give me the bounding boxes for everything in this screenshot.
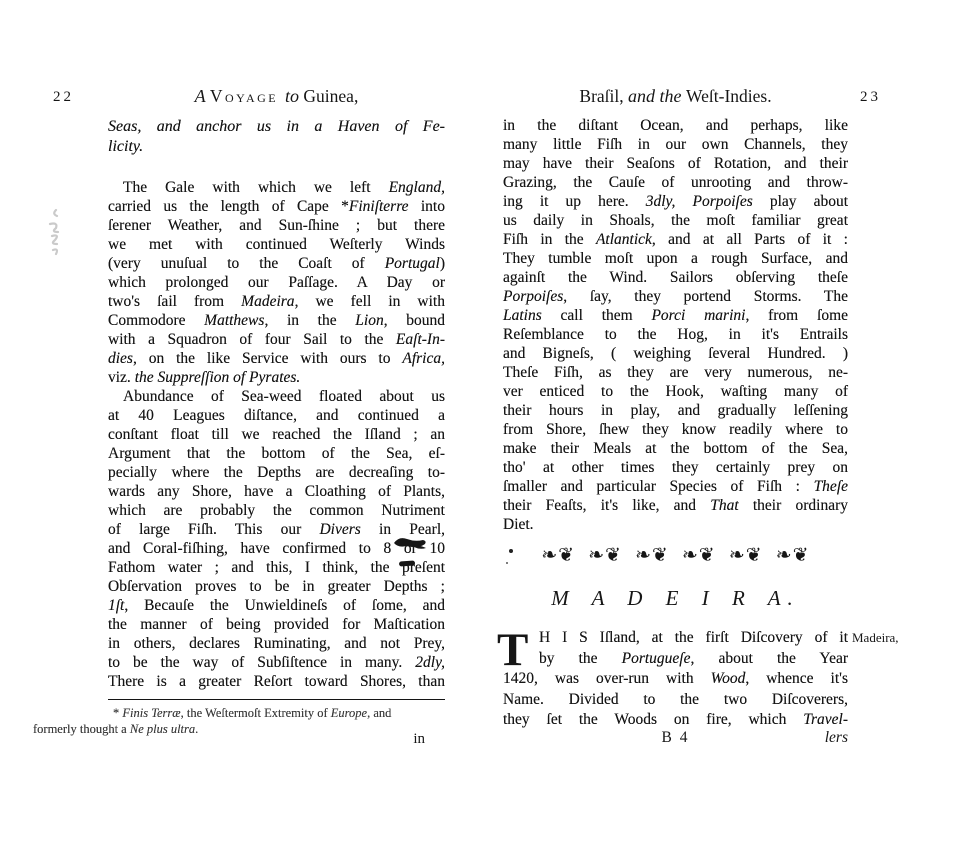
text-run: Finis Terræ [122,706,180,720]
text-line: pecially where the Depths are decreaſing… [108,463,445,482]
text-run: Grazing, the Cauſe of unrooting and thro… [503,174,848,191]
text-line: ing it up here. 3dly, Porpoiſes play abo… [503,192,848,211]
text-run: they ſet the Woods on fire, which [503,711,803,728]
text-run: which prolonged our Paſſage. A Day or [108,274,445,291]
text-run: we met with continued Weſterly Winds [108,236,445,253]
text-line: * Finis Terræ, the Weſtermoſt Extremity … [33,705,445,721]
text-run: There is a greater Reſort toward Shores,… [108,673,445,690]
margin-note-madeira: Madeira, [852,630,899,646]
right-page: 23 Braſil, and the Weſt-Indies. in the d… [503,0,848,850]
text-line: Abundance of Sea-weed floated about us [108,387,445,406]
text-run: Fathom water ; and this, I think, the pr… [108,559,445,576]
text-line: Commodore Matthews, in the Lion, bound [108,311,445,330]
text-run: and Coral-fiſhing, have confirmed to 8 o… [108,540,445,557]
text-line: Theſe Fiſh, as they are very numerous, n… [503,363,848,382]
text-run: Matthews [204,312,264,329]
catchword-right: lers [825,729,848,747]
text-line: at 40 Leagues diſtance, and continued a [108,406,445,425]
text-run: againſt the Wind. Sailors obſerving theſ… [503,269,848,286]
text-run: Porpoiſes [503,288,563,305]
text-line: Fiſh in the Atlantick, and at all Parts … [503,230,848,249]
text-line: tho' at other times they certainly prey … [503,458,848,477]
footnote-rule [108,699,445,700]
text-run: in Pearl, [361,521,445,538]
text-line: make their Meals at the bottom of the Se… [503,439,848,458]
text-run: and the [628,86,686,106]
footnote: * Finis Terræ, the Weſtermoſt Extremity … [33,705,445,737]
text-run: Theſe Fiſh, as they are very numerous, n… [503,364,848,381]
text-run: which are probably the common Nutriment [108,502,445,519]
text-run: Argument that the bottom of the Sea, eſ- [108,445,445,462]
paragraph-seaweed: Abundance of Sea-weed floated about usat… [108,387,445,691]
text-line: us daily in Shoals, the moſt familiar gr… [503,211,848,230]
text-run: , and at all Parts of it : [652,231,848,248]
text-run: Europe [331,706,367,720]
text-line: 1ſt, Becauſe the Unwieldineſs of ſome, a… [108,596,445,615]
text-run: their hours in play, and gradually leſſe… [503,402,848,419]
text-run: pecially where the Depths are decreaſing… [108,464,445,481]
text-run: viz. [108,369,135,386]
margin-smudge [42,208,68,265]
madeira-section-title: M A D E I R A. [503,586,848,611]
text-run: H I S Iſland, at the firſt Diſcovery of … [539,629,848,646]
text-run: Africa, [402,350,445,367]
text-line: ſerener Weather, and Sun-ſhine ; but the… [108,216,445,235]
text-run: their Feaſts, it's like, and [503,497,710,514]
text-run: 3dly, Porpoiſes [646,193,753,210]
text-line: many little Fiſh in our own Channels, th… [503,135,848,154]
text-run: make their Meals at the bottom of the Se… [503,440,848,457]
text-run: call them [542,307,652,324]
text-run: Madeira [241,293,294,310]
text-line: in others, declares Ruminating, and not … [108,634,445,653]
text-run: , we fell in with [295,293,445,310]
text-run: Name. Divided to the two Diſcoverers, [503,691,848,708]
text-line: the manner of being provided for Maſtica… [108,615,445,634]
text-run: , in the [264,312,355,329]
text-line: Porpoiſes, ſay, they portend Storms. The [503,287,848,306]
text-run: may have their Seaſons of Rotation, and … [503,155,848,172]
text-run: Theſe [814,478,848,495]
text-run: They tumble moſt upon a rough Surface, a… [503,250,848,267]
text-run: Lion [355,312,383,329]
text-run: ing it up here. [503,193,646,210]
text-run: us daily in Shoals, the moſt familiar gr… [503,212,848,229]
text-line: Grazing, the Cauſe of unrooting and thro… [503,173,848,192]
text-line: they ſet the Woods on fire, which Travel… [503,710,848,731]
text-line: ver enticed to the Hook, waſting many of [503,382,848,401]
text-run: , about the Year [691,650,849,667]
text-line: Reſemblance to the Hog, in it's Entrails [503,325,848,344]
text-run: Commodore [108,312,204,329]
text-line: we met with continued Weſterly Winds [108,235,445,254]
madeira-lines: H I S Iſland, at the firſt Diſcovery of … [503,628,848,731]
text-run: in others, declares Ruminating, and not … [108,635,445,652]
text-run: the Suppreſſion of Pyrates. [135,369,301,386]
text-line: (very unuſual to the Coaſt of Portugal) [108,254,445,273]
text-run: and Bigneſs, ( weighing ſeveral Hundred.… [503,345,848,362]
text-run: A [195,86,210,106]
text-run: licity. [108,138,143,155]
drop-cap-letter: T [497,630,528,670]
text-run: Reſemblance to the Hog, in it's Entrails [503,326,848,343]
text-run: the manner of being provided for Maſtica… [108,616,445,633]
text-line: in the diſtant Ocean, and perhaps, like [503,116,848,135]
text-run: Seas, and anchor us in a Haven of Fe- [108,118,445,135]
text-run: 1420, was over-run with [503,670,711,687]
text-run: , ſay, they portend Storms. The [563,288,848,305]
text-run: formerly thought a [33,722,130,736]
text-run: * [113,706,122,720]
text-line: They tumble moſt upon a rough Surface, a… [503,249,848,268]
text-run: , and [367,706,391,720]
page-number-left: 22 [53,89,74,106]
text-run: Atlantick [596,231,652,248]
text-line: by the Portugueſe, about the Year [503,649,848,670]
text-run: many little Fiſh in our own Channels, th… [503,136,848,153]
text-line: There is a greater Reſort toward Shores,… [108,672,445,691]
text-run: , on the like Service with ours to [133,350,402,367]
gathering-signature: B 4 [503,729,848,747]
text-run: (very unuſual to the Coaſt of [108,255,385,272]
text-line: Seas, and anchor us in a Haven of Fe- [108,117,445,137]
text-line: Name. Divided to the two Diſcoverers, [503,690,848,711]
text-run: , bound [384,312,445,329]
text-run: Braſil, [579,86,628,106]
text-run: at 40 Leagues diſtance, and continued a [108,407,445,424]
text-run: , whence it's [745,670,848,687]
text-line: dies, on the like Service with ours to A… [108,349,445,368]
paragraph-porpoises: in the diſtant Ocean, and perhaps, likem… [503,116,848,534]
text-line: againſt the Wind. Sailors obſerving theſ… [503,268,848,287]
text-line: which are probably the common Nutriment [108,501,445,520]
text-line: their Feaſts, it's like, and That their … [503,496,848,515]
text-line: Diet. [503,515,848,534]
text-line: and Coral-fiſhing, have confirmed to 8 o… [108,539,445,558]
text-run: Finiſterre [349,198,409,215]
text-run: tho' at other times they certainly prey … [503,459,848,476]
section-heading: Seas, and anchor us in a Haven of Fe-lic… [108,117,445,157]
text-run: , Becauſe the Unwieldineſs of ſome, and [124,597,445,614]
text-run: of large Fiſh. This our [108,521,319,538]
text-line: licity. [108,137,445,157]
text-run: to be the way of Subſiſtence in many. [108,654,415,671]
text-run: ſerener Weather, and Sun-ſhine ; but the… [108,217,445,234]
text-run: by the [539,650,622,667]
text-run: Eaſt-In- [396,331,445,348]
text-line: of large Fiſh. This our Divers in Pearl, [108,520,445,539]
text-run: Porci marini [651,307,745,324]
text-line: formerly thought a Ne plus ultra. [33,721,445,737]
text-run: Weſt-Indies. [686,86,772,106]
text-run: The Gale with which we left [123,179,389,196]
text-run: carried us the length of Cape * [108,198,349,215]
text-run: play about [753,193,848,210]
text-run: dies [108,350,133,367]
text-line: with a Squadron of four Sail to the Eaſt… [108,330,445,349]
text-run: Guinea, [299,86,358,106]
text-run: Portugal [385,255,440,272]
text-line: ſmaller and particular Species of Fiſh :… [503,477,848,496]
left-page: 22 A Voyage to Guinea, Seas, and anchor … [108,0,445,850]
text-run: Travel- [803,711,848,728]
text-run: to [285,86,299,106]
text-run: ) [440,255,445,272]
paragraph-gale: The Gale with which we left England,carr… [108,178,445,387]
text-run: Ne plus ultra [130,722,195,736]
book-scan: { "colors": { "ink": "#161616", "paper":… [0,0,980,850]
text-run: their ordinary [739,497,848,514]
text-run: Voyage [210,86,285,106]
catchword-left: in [413,731,425,748]
text-run: wards any Shore, have a Cloathing of Pla… [108,483,445,500]
text-line: to be the way of Subſiſtence in many. 2d… [108,653,445,672]
page-number-right: 23 [860,89,881,106]
text-line: and Bigneſs, ( weighing ſeveral Hundred.… [503,344,848,363]
text-run: Obſervation proves to be in greater Dept… [108,578,445,595]
text-run: Diet. [503,516,534,533]
fleuron-ornament-band: ❧❦ ❧❦ ❧❦ ❧❦ ❧❦ ❧❦ [503,544,848,566]
text-run: from Shore, ſhew they know readily where… [503,421,848,438]
text-run: into [409,198,445,215]
text-run: ſmaller and particular Species of Fiſh : [503,478,814,495]
text-run: Latins [503,307,542,324]
text-run: That [710,497,738,514]
text-line: wards any Shore, have a Cloathing of Pla… [108,482,445,501]
text-line: conſtant float till we reached the Iſlan… [108,425,445,444]
text-line: from Shore, ſhew they know readily where… [503,420,848,439]
text-line: their hours in play, and gradually leſſe… [503,401,848,420]
text-line: 1420, was over-run with Wood, whence it'… [503,669,848,690]
signature-line: B 4 lers [503,729,848,749]
text-line: which prolonged our Paſſage. A Day or [108,273,445,292]
text-run: . [195,722,198,736]
text-line: H I S Iſland, at the firſt Diſcovery of … [503,628,848,649]
text-run: 1ſt [108,597,124,614]
running-head-left: A Voyage to Guinea, [108,86,445,107]
text-run: Abundance of Sea-weed floated about us [123,388,445,405]
running-head-right: Braſil, and the Weſt-Indies. [503,86,848,107]
text-run: England, [389,179,445,196]
text-run: Wood [711,670,746,687]
text-run: ver enticed to the Hook, waſting many of [503,383,848,400]
text-line: Obſervation proves to be in greater Dept… [108,577,445,596]
text-run: , the Weſtermoſt Extremity of [181,706,331,720]
text-run: Portugueſe [622,650,691,667]
paragraph-madeira: T H I S Iſland, at the firſt Diſcovery o… [503,628,848,731]
text-line: viz. the Suppreſſion of Pyrates. [108,368,445,387]
text-run: Fiſh in the [503,231,596,248]
text-line: may have their Seaſons of Rotation, and … [503,154,848,173]
text-line: The Gale with which we left England, [108,178,445,197]
text-run: with a Squadron of four Sail to the [108,331,396,348]
text-run: conſtant float till we reached the Iſlan… [108,426,445,443]
text-line: two's ſail from Madeira, we fell in with [108,292,445,311]
text-line: carried us the length of Cape *Finiſterr… [108,197,445,216]
text-line: Latins call them Porci marini, from ſome [503,306,848,325]
text-run: 2dly, [415,654,445,671]
text-run: , from ſome [745,307,848,324]
text-line: Fathom water ; and this, I think, the pr… [108,558,445,577]
text-run: Divers [319,521,360,538]
text-run: two's ſail from [108,293,241,310]
text-run: in the diſtant Ocean, and perhaps, like [503,117,848,134]
text-line: Argument that the bottom of the Sea, eſ- [108,444,445,463]
